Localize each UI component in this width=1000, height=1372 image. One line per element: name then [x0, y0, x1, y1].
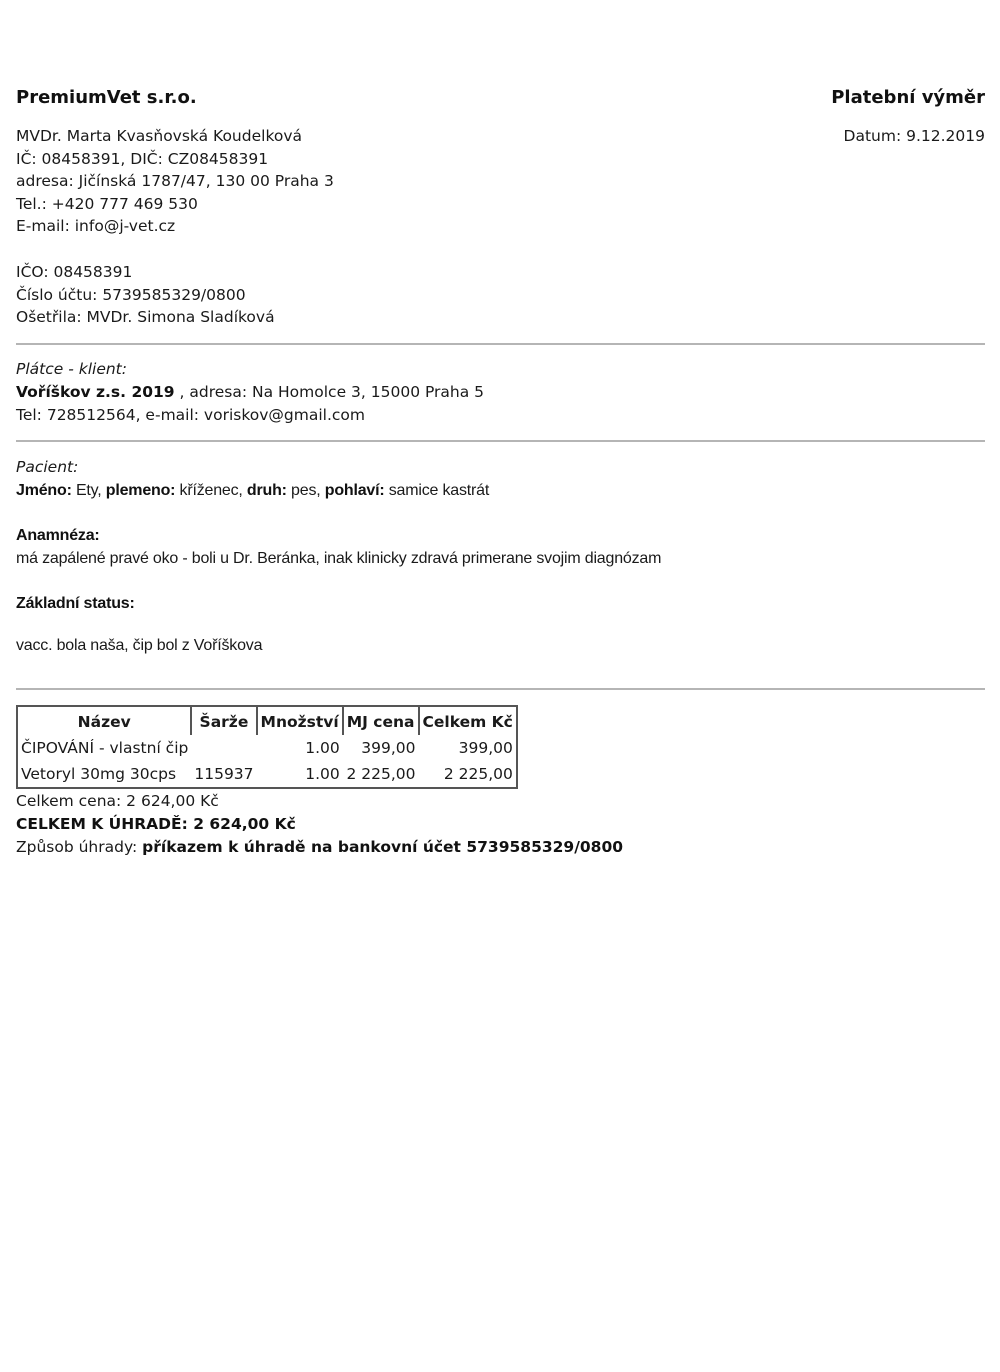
patient-species-label: druh: — [247, 482, 287, 499]
patient-details: Jméno: Ety, plemeno: kříženec, druh: pes… — [16, 479, 489, 502]
item-total: 2 225,00 — [419, 761, 517, 788]
bank-account: Číslo účtu: 5739585329/0800 — [16, 284, 275, 307]
items-table: Název Šarže Množství MJ cena Celkem Kč Č… — [16, 705, 518, 789]
basic-status-text: vacc. bola naša, čip bol z Voříškova — [16, 634, 262, 657]
item-total: 399,00 — [419, 735, 517, 761]
basic-status-label: Základní status: — [16, 592, 262, 615]
patient-sex: samice kastrát — [385, 482, 490, 499]
table-header-row: Název Šarže Množství MJ cena Celkem Kč — [17, 706, 517, 735]
company-id: IČO: 08458391 — [16, 261, 275, 284]
patient-species: pes, — [287, 482, 325, 499]
column-header: MJ cena — [343, 706, 419, 735]
account-info: IČO: 08458391 Číslo účtu: 5739585329/080… — [16, 261, 275, 329]
vet-address: adresa: Jičínská 1787/47, 130 00 Praha 3 — [16, 170, 334, 193]
anamnesis-section: Anamnéza: má zapálené pravé oko - boli u… — [16, 524, 661, 570]
basic-status-section: Základní status: vacc. bola naša, čip bo… — [16, 592, 262, 657]
company-name: PremiumVet s.r.o. — [16, 87, 197, 108]
invoice-header: PremiumVet s.r.o. Platební výměr Datum: … — [16, 0, 985, 240]
item-batch — [191, 735, 256, 761]
vet-name: MVDr. Marta Kvasňovská Koudelková — [16, 125, 334, 148]
vet-phone: Tel.: +420 777 469 530 — [16, 193, 334, 216]
treating-vet: Ošetřila: MVDr. Simona Sladíková — [16, 306, 275, 329]
client-contact: Tel: 728512564, e-mail: voriskov@gmail.c… — [16, 404, 484, 427]
divider — [16, 440, 985, 442]
column-header: Celkem Kč — [419, 706, 517, 735]
patient-sex-label: pohlaví: — [325, 482, 385, 499]
divider — [16, 688, 985, 690]
item-unit-price: 2 225,00 — [343, 761, 419, 788]
patient-breed-label: plemeno: — [106, 482, 176, 499]
item-batch: 115937 — [191, 761, 256, 788]
patient-name: Ety, — [72, 482, 106, 499]
invoice-page: PremiumVet s.r.o. Platební výměr Datum: … — [16, 0, 985, 240]
patient-section: Pacient: Jméno: Ety, plemeno: kříženec, … — [16, 456, 489, 502]
vet-tax-ids: IČ: 08458391, DIČ: CZ08458391 — [16, 148, 334, 171]
total-price: Celkem cena: 2 624,00 Kč — [16, 790, 623, 813]
anamnesis-label: Anamnéza: — [16, 524, 661, 547]
client-section: Plátce - klient: Voříškov z.s. 2019 , ad… — [16, 358, 484, 427]
payment-method-line: Způsob úhrady: příkazem k úhradě na bank… — [16, 836, 623, 859]
column-header: Šarže — [191, 706, 256, 735]
item-quantity: 1.00 — [257, 735, 343, 761]
item-name: ČIPOVÁNÍ - vlastní čip — [17, 735, 191, 761]
column-header: Množství — [257, 706, 343, 735]
document-title: Platební výměr — [831, 87, 985, 108]
total-due: CELKEM K ÚHRADĚ: 2 624,00 Kč — [16, 813, 623, 836]
client-name: Voříškov z.s. 2019 — [16, 383, 175, 401]
client-address: , adresa: Na Homolce 3, 15000 Praha 5 — [175, 383, 484, 401]
divider — [16, 343, 985, 345]
totals-section: Celkem cena: 2 624,00 Kč CELKEM K ÚHRADĚ… — [16, 790, 623, 859]
patient-breed: kříženec, — [175, 482, 247, 499]
table-row: Vetoryl 30mg 30cps 115937 1.00 2 225,00 … — [17, 761, 517, 788]
client-label: Plátce - klient: — [16, 358, 484, 381]
item-quantity: 1.00 — [257, 761, 343, 788]
payment-method: příkazem k úhradě na bankovní účet 57395… — [142, 838, 623, 856]
vet-email: E-mail: info@j-vet.cz — [16, 215, 334, 238]
patient-name-label: Jméno: — [16, 482, 72, 499]
table-row: ČIPOVÁNÍ - vlastní čip 1.00 399,00 399,0… — [17, 735, 517, 761]
payment-label: Způsob úhrady: — [16, 838, 142, 856]
item-name: Vetoryl 30mg 30cps — [17, 761, 191, 788]
document-date: Datum: 9.12.2019 — [844, 127, 985, 145]
vet-info: MVDr. Marta Kvasňovská Koudelková IČ: 08… — [16, 125, 334, 238]
anamnesis-text: má zapálené pravé oko - boli u Dr. Berán… — [16, 547, 661, 570]
column-header: Název — [17, 706, 191, 735]
item-unit-price: 399,00 — [343, 735, 419, 761]
client-name-line: Voříškov z.s. 2019 , adresa: Na Homolce … — [16, 381, 484, 404]
patient-label: Pacient: — [16, 456, 489, 479]
